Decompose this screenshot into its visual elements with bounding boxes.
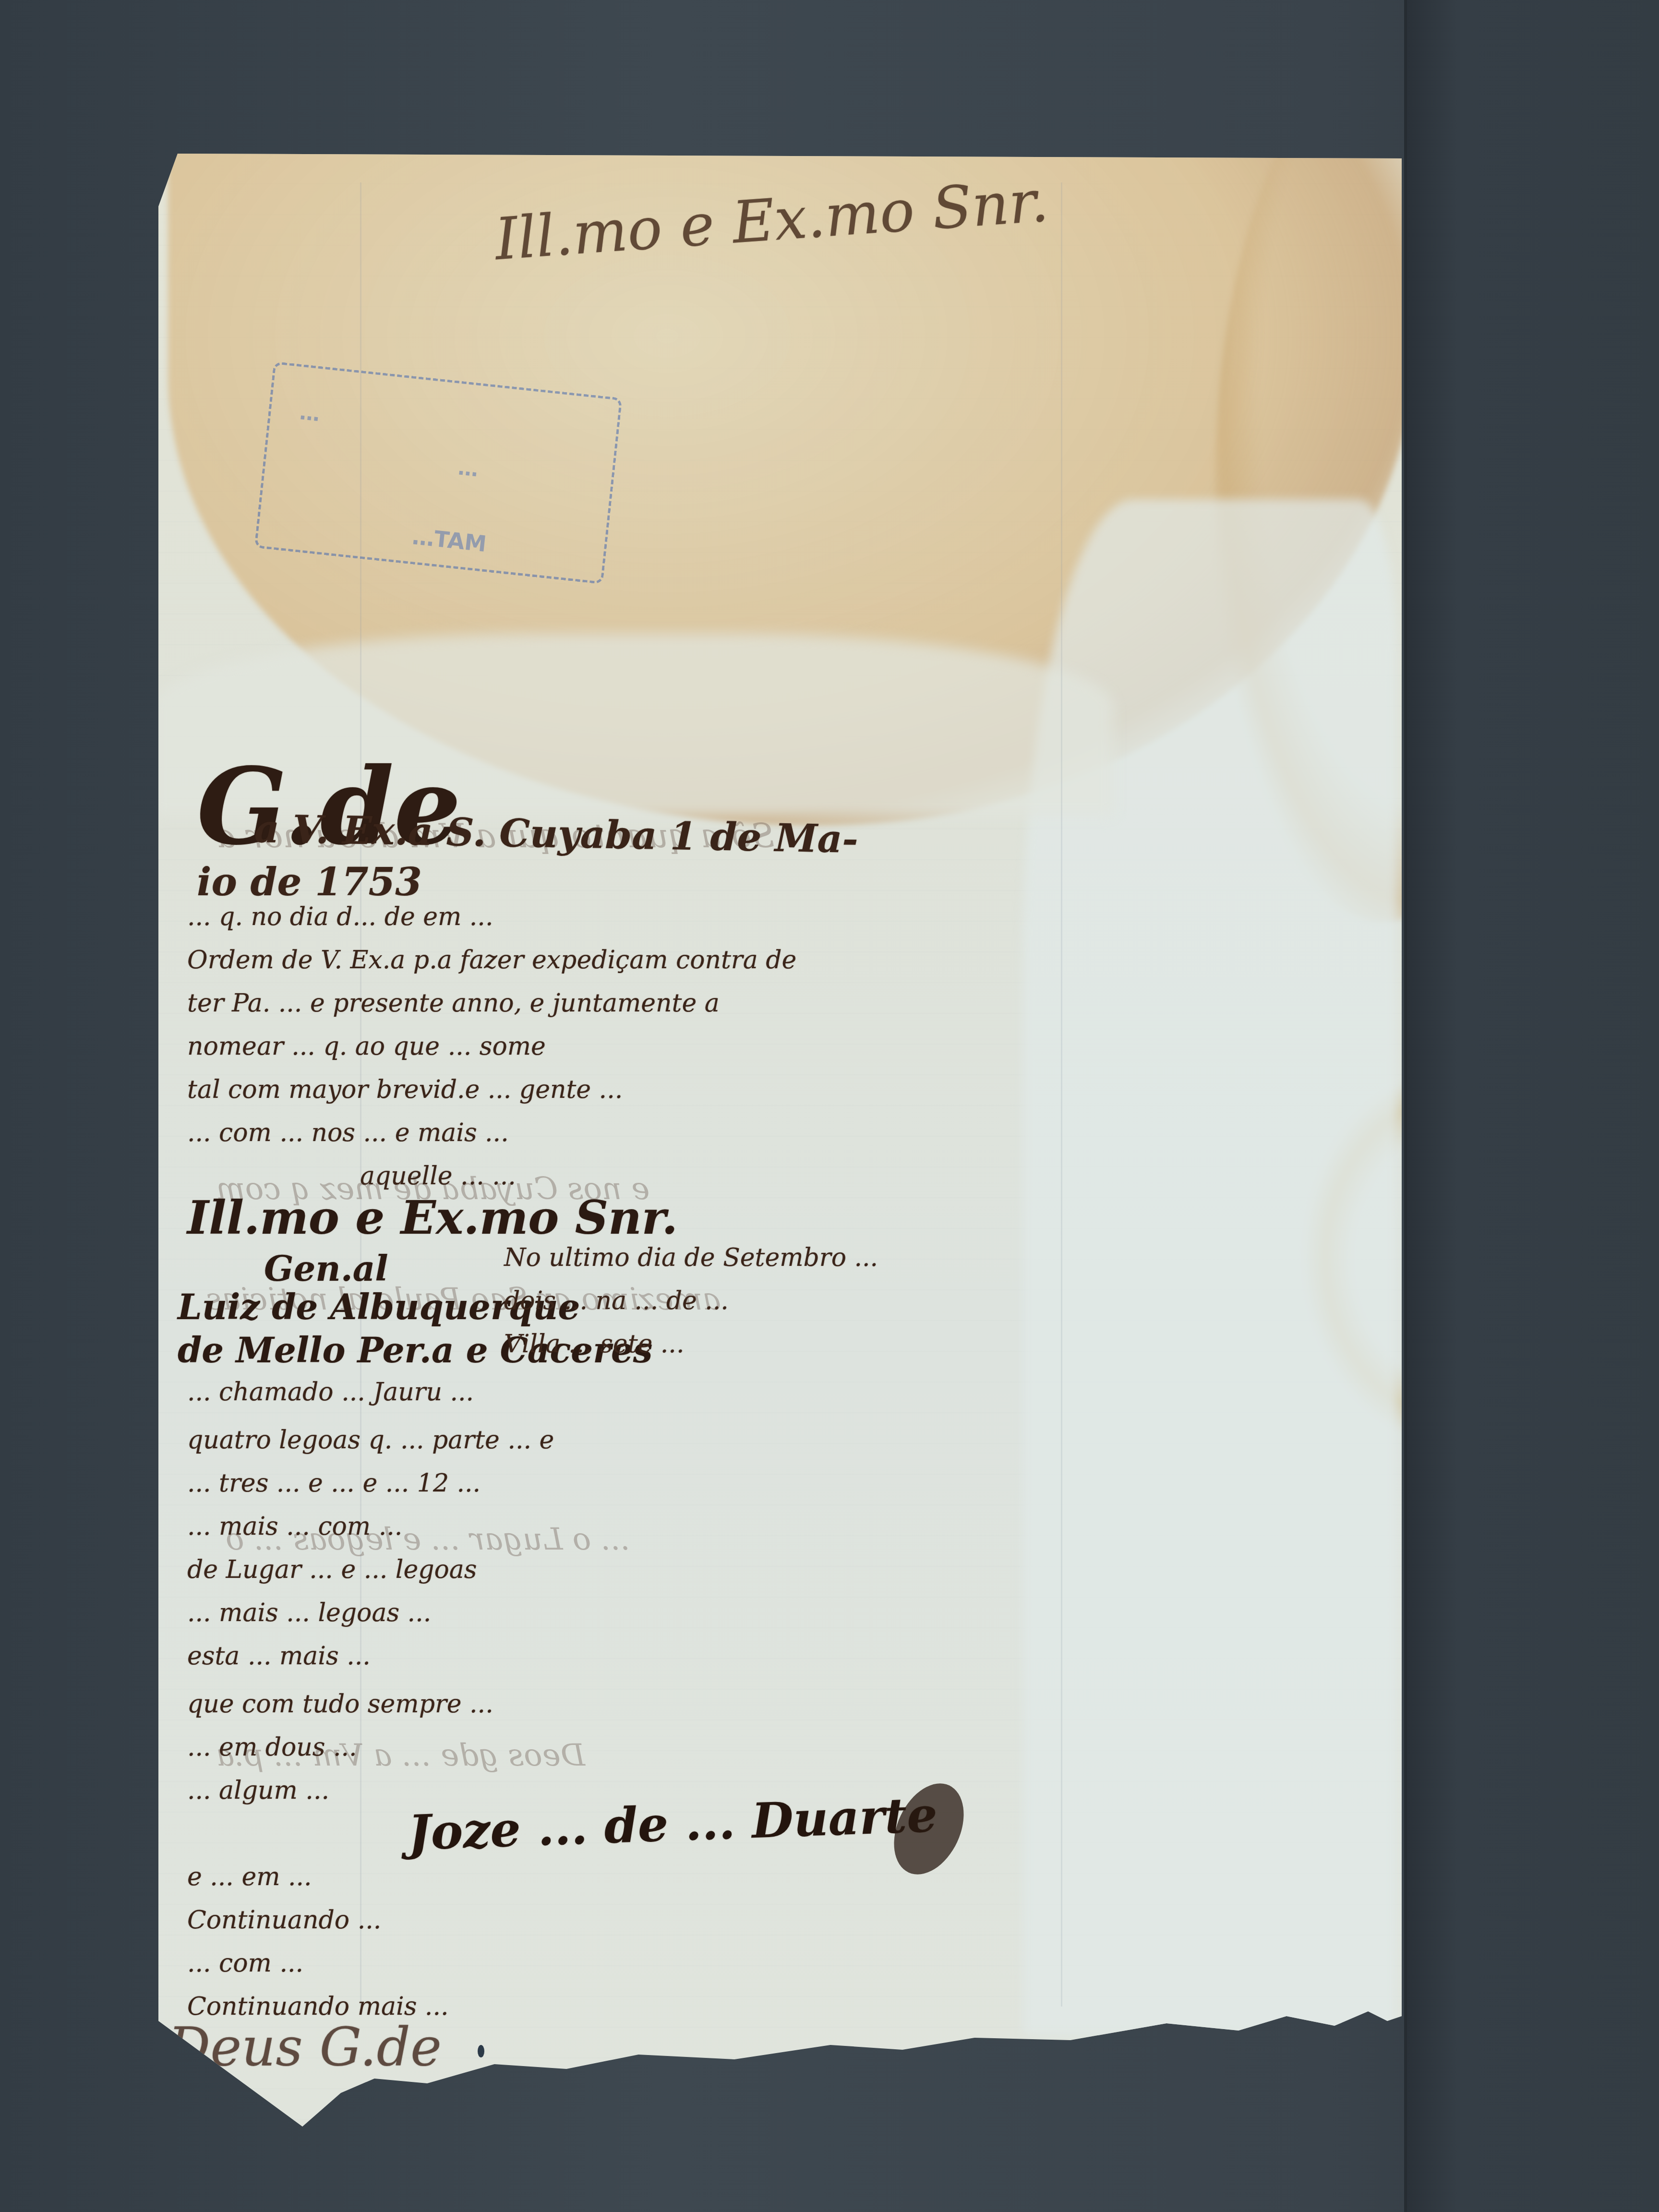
text-line: que com tudo sempre ...: [187, 1690, 493, 1719]
text-line: Ordem de V. Ex.a p.a fazer expediçam con…: [187, 946, 796, 974]
text-line: aquelle ... ...: [360, 1162, 516, 1190]
archive-stamp: … … …TAM: [254, 361, 623, 584]
text-line: ter Pa. ... e presente anno, e juntament…: [187, 989, 720, 1018]
text-line: tal com mayor brevid.e ... gente ...: [187, 1075, 623, 1104]
stamp-line-3: …TAM: [411, 523, 488, 557]
text-line: nomear ... q. ao que ... some: [187, 1032, 546, 1061]
text-line: e ... em ...: [187, 1863, 312, 1891]
text-line: ... q. no dia d... de em ...: [187, 902, 493, 931]
text-line: esta ... mais ...: [187, 1642, 371, 1671]
text-line: ... mais ... com ...: [187, 1512, 402, 1541]
text-line: ... algum ...: [187, 1776, 329, 1805]
binding-hole: [478, 2045, 484, 2057]
text-line: ... em dous ...: [187, 1733, 357, 1762]
text-line: Villa ... sete ...: [504, 1330, 684, 1358]
text-line: ... com ... nos ... e mais ...: [187, 1118, 509, 1147]
text-line: de Lugar ... e ... legoas: [187, 1555, 477, 1584]
text-line: ... com ...: [187, 1949, 303, 1978]
addressee-line: Gen.al: [264, 1248, 388, 1289]
manuscript-page: Ill.mo e Ex.mo Snr. … … …TAM Sõ a quanto…: [158, 154, 1402, 2131]
text-line: quatro legoas q. ... parte ... e: [187, 1426, 554, 1455]
stamp-line-1: …: [299, 400, 321, 426]
binding-strip: [1404, 0, 1659, 2212]
fold-line: [1061, 182, 1062, 2007]
text-line: ... chamado ... Jauru ...: [187, 1378, 474, 1407]
heading-line-2: io de 1753: [197, 859, 422, 904]
text-line: No ultimo dia de Setembro ...: [504, 1243, 878, 1272]
stamp-line-2: …: [457, 456, 480, 481]
text-line: ... mais ... legoas ...: [187, 1599, 431, 1627]
addressee-line: Ill.mo e Ex.mo Snr.: [187, 1190, 678, 1245]
text-line: dois ... na ... de ...: [504, 1286, 729, 1315]
text-line: ... tres ... e ... e ... 12 ...: [187, 1469, 481, 1498]
text-line: Continuando ...: [187, 1906, 381, 1935]
